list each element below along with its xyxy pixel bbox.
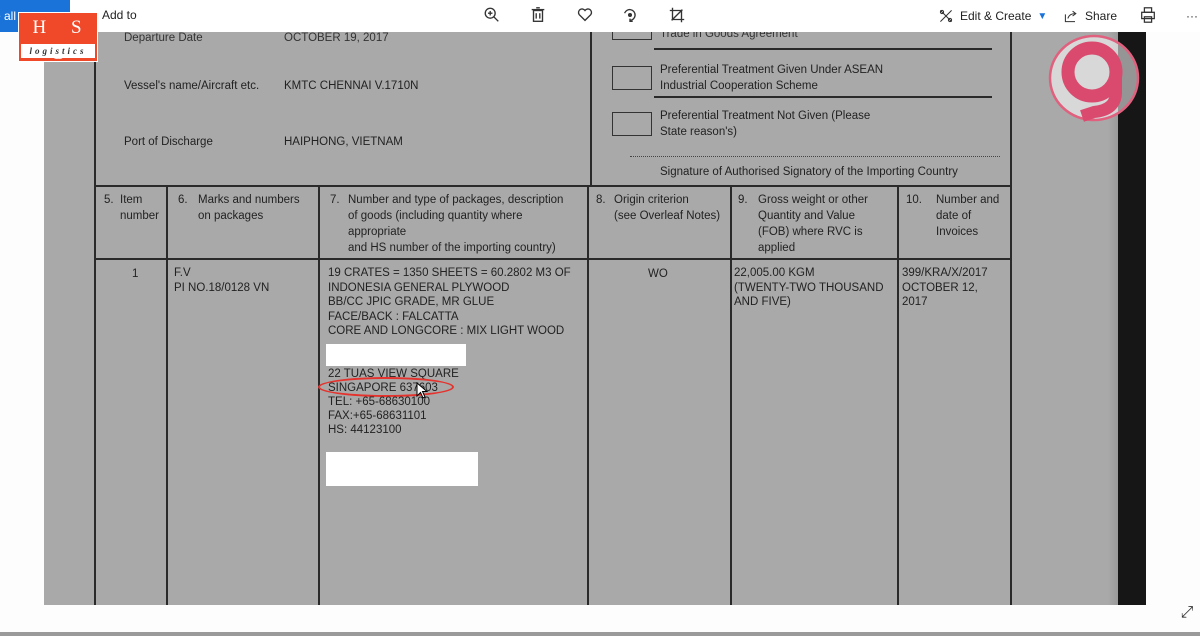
crop-icon[interactable] xyxy=(667,6,687,26)
marks-and-numbers: F.V PI NO.18/0128 VN xyxy=(174,266,269,296)
checkbox-aicos[interactable] xyxy=(612,66,652,90)
col-6-title: Marks and numbers on packages xyxy=(198,192,300,224)
logo-sub-text: logistics xyxy=(21,44,95,58)
goods-description: 19 CRATES = 1350 SHEETS = 60.2802 M3 OF … xyxy=(328,266,571,339)
share-label: Share xyxy=(1085,9,1117,23)
favorite-icon[interactable] xyxy=(575,6,595,26)
col-9-title: Gross weight or other Quantity and Value… xyxy=(758,192,868,256)
delete-icon[interactable] xyxy=(528,6,548,26)
more-options-button[interactable]: ··· xyxy=(1182,6,1200,26)
col-10-title: Number and date of Invoices xyxy=(936,192,999,240)
bottom-edge xyxy=(0,632,1200,636)
rotate-icon[interactable] xyxy=(620,6,640,26)
col-5-num: 5. xyxy=(104,192,114,208)
checkbox-label-aicos: Preferential Treatment Given Under ASEAN… xyxy=(660,62,883,94)
checkbox-label-trade-in-goods: Trade in Goods Agreement xyxy=(660,32,798,42)
hsc-logistics-logo: H S C logistics xyxy=(18,12,98,62)
zoom-in-icon[interactable] xyxy=(482,6,502,26)
departure-date-value: OCTOBER 19, 2017 xyxy=(284,32,389,46)
col-6-num: 6. xyxy=(178,192,188,208)
print-icon[interactable] xyxy=(1138,6,1158,26)
signature-label: Signature of Authorised Signatory of the… xyxy=(660,164,958,180)
share-button[interactable]: Share xyxy=(1063,8,1117,24)
col-9-num: 9. xyxy=(738,192,748,208)
photos-app-window: e all Add to Edit & Create ▼ Share · xyxy=(0,0,1200,636)
departure-date-label: Departure Date xyxy=(124,32,203,46)
top-toolbar: e all Add to Edit & Create ▼ Share · xyxy=(0,0,1200,32)
logo-main-text: H S C xyxy=(19,13,97,67)
hs-code: HS: 44123100 xyxy=(328,422,402,438)
redacted-block xyxy=(326,452,478,486)
document-photo: Departure Date OCTOBER 19, 2017 Vessel's… xyxy=(44,32,1146,605)
vessel-value: KMTC CHENNAI V.1710N xyxy=(284,78,418,94)
vessel-label: Vessel's name/Aircraft etc. xyxy=(124,78,259,94)
port-of-discharge-value: HAIPHONG, VIETNAM xyxy=(284,134,403,150)
col-7-title: Number and type of packages, description… xyxy=(348,192,563,256)
col-8-num: 8. xyxy=(596,192,606,208)
edit-create-icon xyxy=(938,8,954,24)
origin-criterion: WO xyxy=(648,266,668,282)
col-5-title: Item number xyxy=(120,192,159,224)
col-10-num: 10. xyxy=(906,192,922,208)
share-icon xyxy=(1063,8,1079,24)
gross-weight: 22,005.00 KGM (TWENTY-TWO THOUSAND AND F… xyxy=(734,266,884,310)
col-8-title: Origin criterion (see Overleaf Notes) xyxy=(614,192,720,224)
see-all-label: e all xyxy=(0,9,16,23)
port-of-discharge-label: Port of Discharge xyxy=(124,134,213,150)
watermark-logo-icon xyxy=(1046,32,1142,124)
checkbox-not-given[interactable] xyxy=(612,112,652,136)
expand-icon[interactable]: ⤢ xyxy=(1178,604,1196,622)
col-7-num: 7. xyxy=(330,192,340,208)
chevron-down-icon: ▼ xyxy=(1037,11,1047,22)
edit-create-button[interactable]: Edit & Create ▼ xyxy=(938,8,1047,24)
add-to-button[interactable]: Add to xyxy=(102,8,137,22)
item-number: 1 xyxy=(132,266,138,282)
invoice-number-date: 399/KRA/X/2017 OCTOBER 12, 2017 xyxy=(902,266,988,310)
checkbox-trade-in-goods[interactable] xyxy=(612,32,652,40)
redacted-block xyxy=(326,344,466,366)
edit-create-label: Edit & Create xyxy=(960,9,1031,23)
checkbox-label-not-given: Preferential Treatment Not Given (Please… xyxy=(660,108,870,140)
